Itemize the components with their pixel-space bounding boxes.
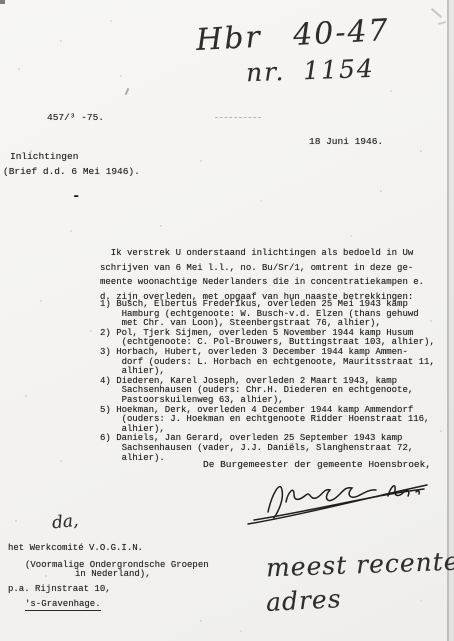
handwritten-archive-ref: Hbr 40-47 [195,13,390,58]
text-line: meente woonachtige Nederlanders die in c… [100,275,424,290]
handwritten-note-line2: adres [265,584,342,617]
letter-date: 18 Juni 1946. [309,136,383,147]
handwritten-number: nr. 1154 [246,54,376,87]
corner-pencil-mark [438,21,446,25]
dash-mark: - [72,189,80,205]
addressee-org-fullname-2: in Nederland), [75,569,151,579]
faint-dashed-line [215,117,261,118]
handwritten-da-mark: da, [51,511,79,534]
corner-pencil-mark [431,8,442,18]
scanned-letter-page: Hbr 40-47 nr. 1154 457/³ -75. 18 Juni 19… [0,0,454,641]
subject-reference-line: (Brief d.d. 6 Mei 1946). [3,166,140,177]
closing-signoff: De Burgemeester der gemeente Hoensbroek, [203,459,431,470]
scan-edge-mark [0,0,5,4]
subject-line: Inlichtingen [10,151,78,162]
deceased-persons-list: 1) Busch, Elbertus Frederikus, overleden… [100,300,435,463]
signature-icon [246,472,430,528]
page-edge-shadow [449,0,454,641]
addressee-street: p.a. Rijnstraat 10, [8,584,111,594]
stray-pen-tick [125,88,130,95]
text-line: Ik verstrek U onderstaand inlichtingen a… [100,246,424,261]
file-number: 457/³ -75. [47,112,104,123]
text-line: schrijven van 6 Mei l.l., no. Bu/Sr/1, o… [100,261,424,276]
addressee-organization: het Werkcomité V.O.G.I.N. [8,543,143,553]
addressee-city: 's-Gravenhage. [25,599,101,611]
signature-scribble [246,472,430,528]
handwritten-note-line1: meest recente [266,547,454,583]
letter-intro-paragraph: Ik verstrek U onderstaand inlichtingen a… [100,246,424,304]
